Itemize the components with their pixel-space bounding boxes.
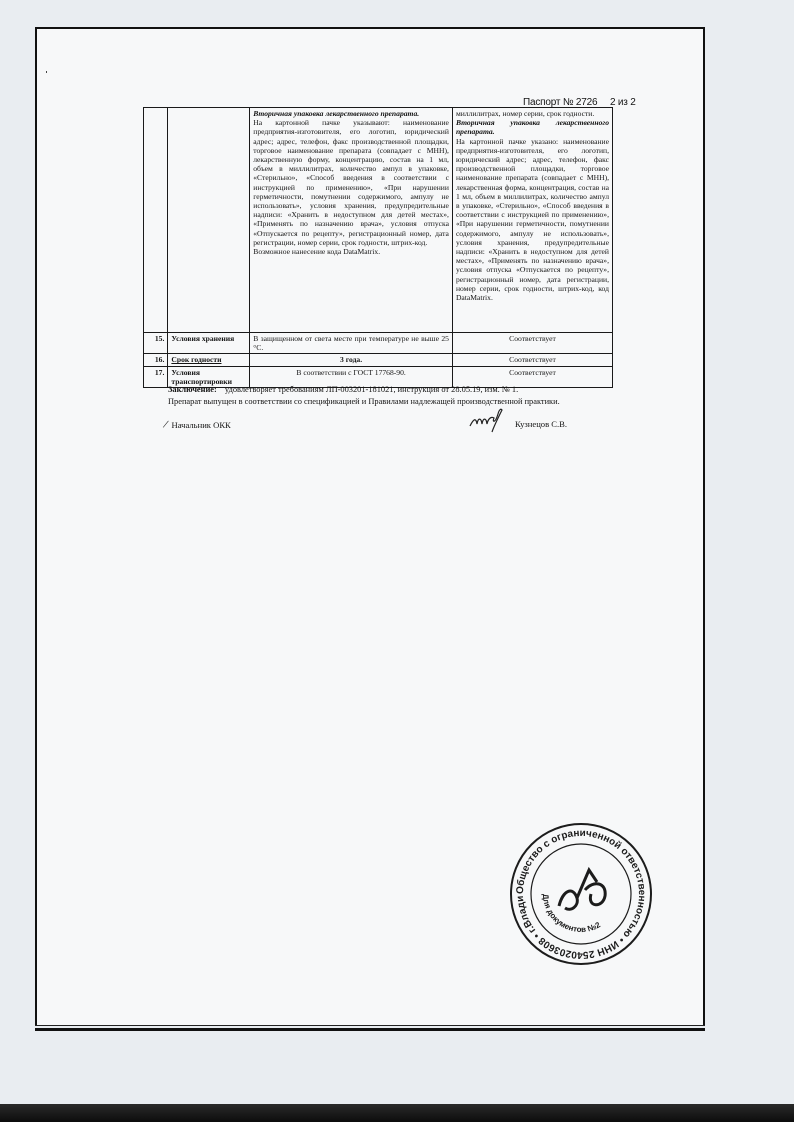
signature-icon <box>468 404 510 434</box>
company-stamp-icon: Общество с ограниченной ответственностью… <box>507 820 655 968</box>
stamp-inner-text: Для документов №2 <box>541 893 602 934</box>
table-row-continuation: Вторичная упаковка лекарственного препар… <box>144 108 613 333</box>
cell-num <box>144 108 168 333</box>
frame-bottom-rule-thin <box>35 1025 705 1026</box>
page-counter: 2 из 2 <box>610 97 636 108</box>
position-title: Начальник ОКК <box>172 420 231 430</box>
signer-name: Кузнецов С.В. <box>515 419 567 429</box>
passport-table: Вторичная упаковка лекарственного препар… <box>143 107 613 388</box>
frame-bottom-rule <box>35 1028 705 1031</box>
scan-shadow <box>0 1104 794 1122</box>
row-result: Соответствует <box>452 333 612 354</box>
cell-name <box>168 108 250 333</box>
signoff-position: / Начальник ОКК <box>164 417 231 432</box>
result-lead: миллилитрах, номер серии, срок годности. <box>456 109 609 118</box>
row-number: 16. <box>144 354 168 366</box>
scan-speck <box>46 71 47 73</box>
release-statement: Препарат выпущен в соответствии со специ… <box>168 396 628 408</box>
svg-text:Для документов №2: Для документов №2 <box>541 893 602 934</box>
conclusion-label: Заключение: <box>168 385 217 394</box>
row-spec: В защищенном от света месте при температ… <box>250 333 453 354</box>
spec-note: Возможное нанесение кода DataMatrix. <box>253 247 449 256</box>
result-text: На картонной пачке указано: наименование… <box>456 137 609 303</box>
row-result: Соответствует <box>452 354 612 366</box>
row-number: 17. <box>144 366 168 387</box>
result-heading: Вторичная упаковка лекарственного препар… <box>456 118 609 136</box>
conclusion-block: Заключение: удовлетворяет требованиям ЛП… <box>168 384 628 408</box>
row-name: Срок годности <box>168 354 250 366</box>
conclusion-text: удовлетворяет требованиям ЛП-003201-1810… <box>225 385 518 394</box>
cell-spec: Вторичная упаковка лекарственного препар… <box>250 108 453 333</box>
row-spec: 3 года. <box>250 354 453 366</box>
table-row: 15. Условия хранения В защищенном от све… <box>144 333 613 354</box>
spec-text: На картонной пачке указывают: наименован… <box>253 118 449 247</box>
row-name: Условия хранения <box>168 333 250 354</box>
row-number: 15. <box>144 333 168 354</box>
table-row: 16. Срок годности 3 года. Соответствует <box>144 354 613 366</box>
spec-heading: Вторичная упаковка лекарственного препар… <box>253 109 449 118</box>
cell-result: миллилитрах, номер серии, срок годности.… <box>452 108 612 333</box>
